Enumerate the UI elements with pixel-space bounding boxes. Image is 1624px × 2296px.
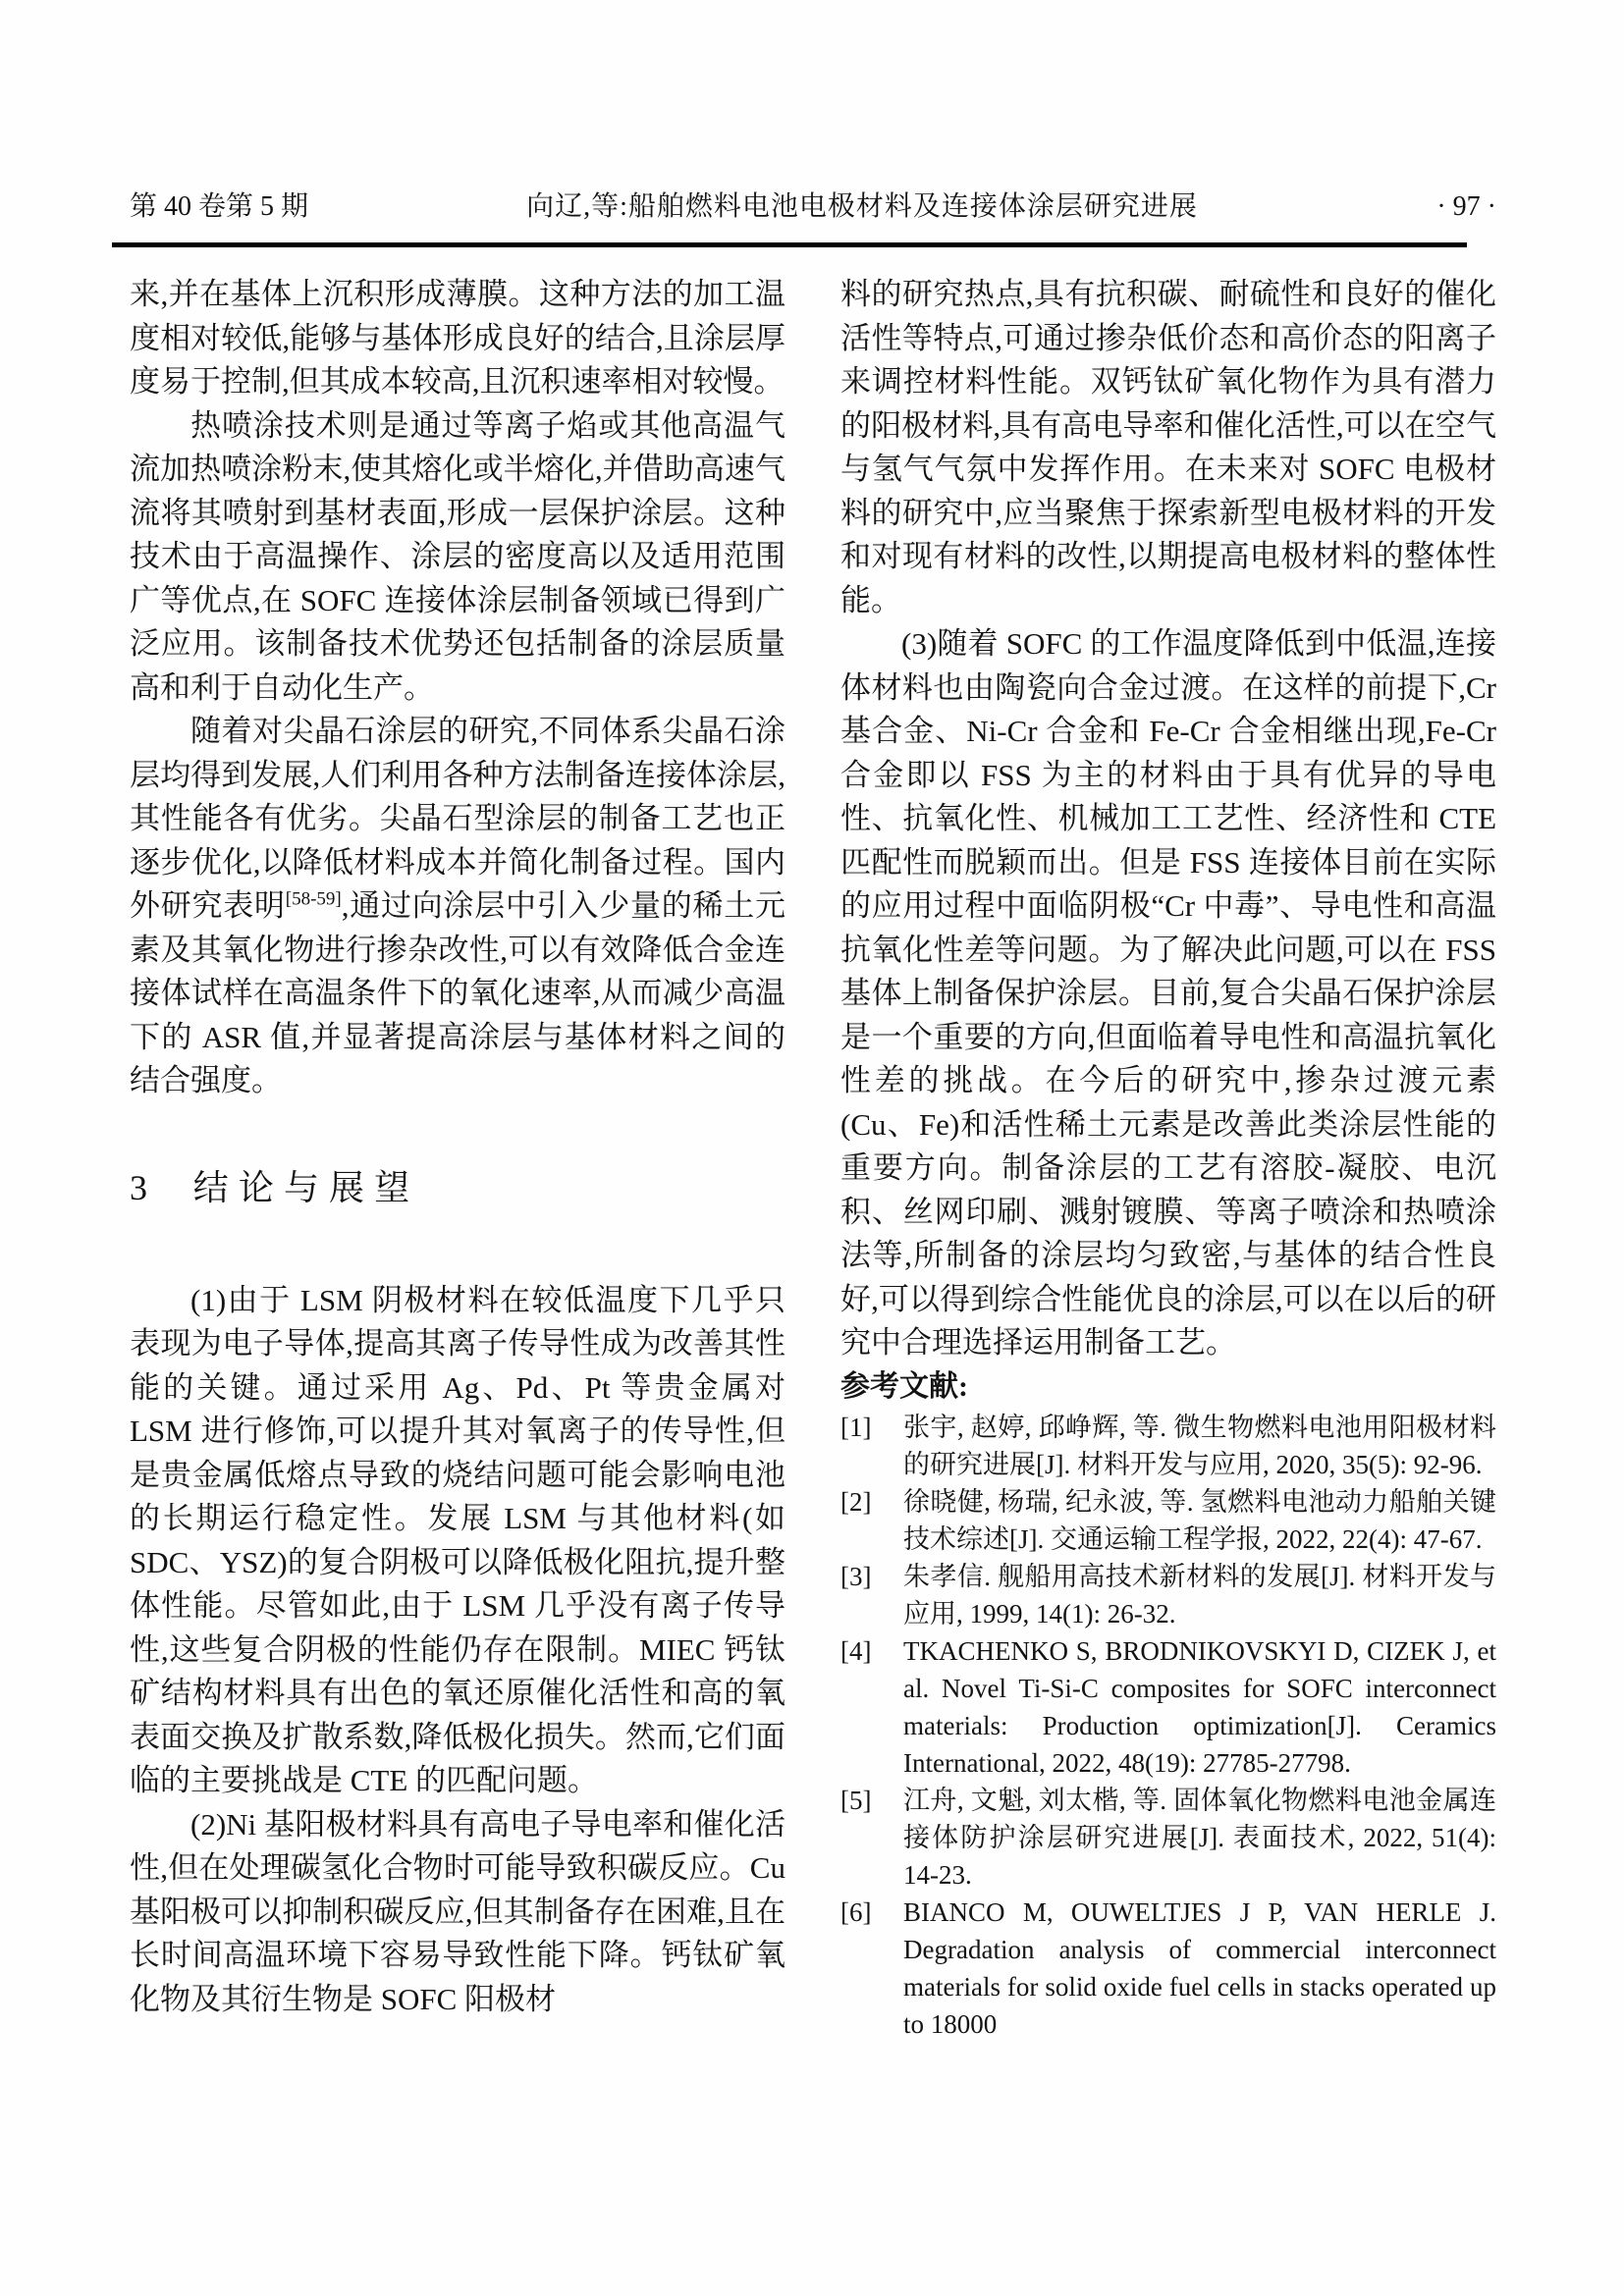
reference-text: 徐晓健, 杨瑞, 纪永波, 等. 氢燃料电池动力船舶关键技术综述[J]. 交通运…: [903, 1487, 1496, 1554]
left-column: 来,并在基体上沉积形成薄膜。这种方法的加工温度相对较低,能够与基体形成良好的结合…: [130, 273, 785, 2043]
running-title: 向辽,等:船舶燃料电池电极材料及连接体涂层研究进展: [385, 190, 1339, 224]
reference-text: 张宇, 赵婷, 邱峥辉, 等. 微生物燃料电池用阳极材料的研究进展[J]. 材料…: [903, 1413, 1496, 1479]
paragraph: 热喷涂技术则是通过等离子焰或其他高温气流加热喷涂粉末,使其熔化或半熔化,并借助高…: [130, 404, 785, 711]
page-number: · 97 ·: [1339, 190, 1496, 224]
reference-item: [2] 徐晓健, 杨瑞, 纪永波, 等. 氢燃料电池动力船舶关键技术综述[J].…: [840, 1483, 1496, 1558]
reference-item: [5] 江舟, 文魁, 刘太楷, 等. 固体氧化物燃料电池金属连接体防护涂层研究…: [840, 1782, 1496, 1894]
right-column: 料的研究热点,具有抗积碳、耐硫性和良好的催化活性等特点,可通过掺杂低价态和高价态…: [840, 273, 1496, 2043]
reference-label: [6]: [840, 1894, 871, 1931]
reference-item: [1] 张宇, 赵婷, 邱峥辉, 等. 微生物燃料电池用阳极材料的研究进展[J]…: [840, 1409, 1496, 1483]
citation-superscript: [58-59]: [286, 889, 342, 910]
paragraph: 来,并在基体上沉积形成薄膜。这种方法的加工温度相对较低,能够与基体形成良好的结合…: [130, 273, 785, 404]
reference-label: [3]: [840, 1558, 871, 1595]
paragraph: (1)由于 LSM 阴极材料在较低温度下几乎只表现为电子导体,提高其离子传导性成…: [130, 1279, 785, 1803]
reference-text: 朱孝信. 舰船用高技术新材料的发展[J]. 材料开发与应用, 1999, 14(…: [903, 1562, 1496, 1629]
paper-page: 第 40 卷第 5 期 向辽,等:船舶燃料电池电极材料及连接体涂层研究进展 · …: [0, 0, 1624, 2296]
section-number: 3: [130, 1168, 147, 1207]
reference-item: [6] BIANCO M, OUWELTJES J P, VAN HERLE J…: [840, 1894, 1496, 2043]
paragraph: (3)随着 SOFC 的工作温度降低到中低温,连接体材料也由陶瓷向合金过渡。在这…: [840, 622, 1496, 1365]
reference-label: [4]: [840, 1632, 871, 1670]
reference-label: [1]: [840, 1409, 871, 1446]
paragraph: 料的研究热点,具有抗积碳、耐硫性和良好的催化活性等特点,可通过掺杂低价态和高价态…: [840, 273, 1496, 622]
reference-list: [1] 张宇, 赵婷, 邱峥辉, 等. 微生物燃料电池用阳极材料的研究进展[J]…: [840, 1409, 1496, 2043]
section-heading: 3结论与展望: [130, 1164, 785, 1211]
two-column-body: 来,并在基体上沉积形成薄膜。这种方法的加工温度相对较低,能够与基体形成良好的结合…: [130, 273, 1496, 2043]
paragraph: 随着对尖晶石涂层的研究,不同体系尖晶石涂层均得到发展,人们利用各种方法制备连接体…: [130, 710, 785, 1103]
page-header: 第 40 卷第 5 期 向辽,等:船舶燃料电池电极材料及连接体涂层研究进展 · …: [130, 190, 1496, 224]
paragraph: (2)Ni 基阳极材料具有高电子导电率和催化活性,但在处理碳氢化合物时可能导致积…: [130, 1803, 785, 2022]
header-rule: [112, 242, 1467, 247]
reference-text: BIANCO M, OUWELTJES J P, VAN HERLE J. De…: [903, 1897, 1496, 2039]
reference-label: [5]: [840, 1782, 871, 1819]
reference-item: [4] TKACHENKO S, BRODNIKOVSKYI D, CIZEK …: [840, 1632, 1496, 1782]
references-heading: 参考文献:: [840, 1365, 1496, 1410]
reference-text: 江舟, 文魁, 刘太楷, 等. 固体氧化物燃料电池金属连接体防护涂层研究进展[J…: [903, 1786, 1496, 1890]
section-title: 结论与展望: [193, 1168, 419, 1207]
reference-item: [3] 朱孝信. 舰船用高技术新材料的发展[J]. 材料开发与应用, 1999,…: [840, 1558, 1496, 1632]
volume-issue: 第 40 卷第 5 期: [130, 190, 385, 224]
reference-label: [2]: [840, 1483, 871, 1521]
reference-text: TKACHENKO S, BRODNIKOVSKYI D, CIZEK J, e…: [903, 1636, 1496, 1778]
